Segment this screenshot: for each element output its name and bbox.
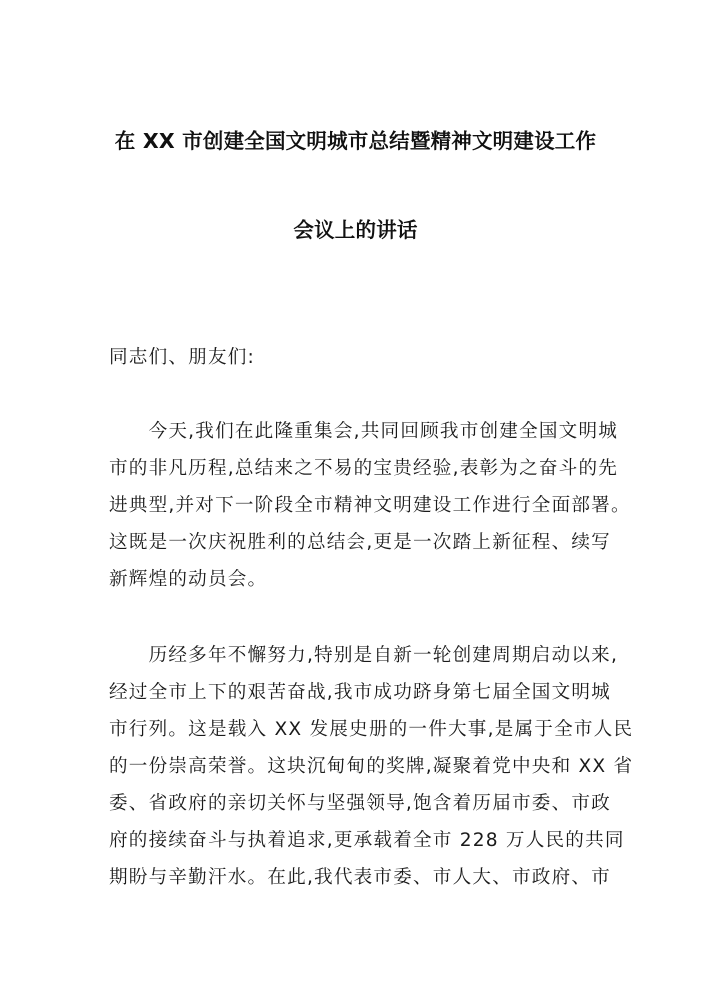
paragraph-line: 今天,我们在此隆重集会,共同回顾我市创建全国文明城 <box>109 417 618 443</box>
paragraph-line: 经过全市上下的艰苦奋战,我市成功跻身第七届全国文明城 <box>109 678 611 704</box>
paragraph-line: 市的非凡历程,总结来之不易的宝贵经验,表彰为之奋斗的先 <box>109 454 618 480</box>
salutation: 同志们、朋友们: <box>109 343 255 369</box>
paragraph-line: 新辉煌的动员会。 <box>109 565 267 591</box>
document-page: 在 XX 市创建全国文明城市总结暨精神文明建设工作 会议上的讲话 同志们、朋友们… <box>0 0 711 1006</box>
paragraph-line: 历经多年不懈努力,特别是自新一轮创建周期启动以来, <box>109 641 618 667</box>
paragraph-line: 市行列。这是载入 XX 发展史册的一件大事,是属于全市人民 <box>109 715 633 741</box>
document-title-line-2: 会议上的讲话 <box>0 213 711 243</box>
paragraph-line: 的一份崇高荣誉。这块沉甸甸的奖牌,凝聚着党中央和 XX 省 <box>109 752 633 778</box>
paragraph-line: 委、省政府的亲切关怀与坚强领导,饱含着历届市委、市政 <box>109 789 611 815</box>
paragraph-line: 这既是一次庆祝胜利的总结会,更是一次踏上新征程、续写 <box>109 528 611 554</box>
paragraph-line: 进典型,并对下一阶段全市精神文明建设工作进行全面部署。 <box>109 491 631 517</box>
paragraph-line: 府的接续奋斗与执着追求,更承载着全市 228 万人民的共同 <box>109 826 625 852</box>
paragraph-line: 期盼与辛勤汗水。在此,我代表市委、市人大、市政府、市 <box>109 863 611 889</box>
document-title-line-1: 在 XX 市创建全国文明城市总结暨精神文明建设工作 <box>0 124 711 154</box>
